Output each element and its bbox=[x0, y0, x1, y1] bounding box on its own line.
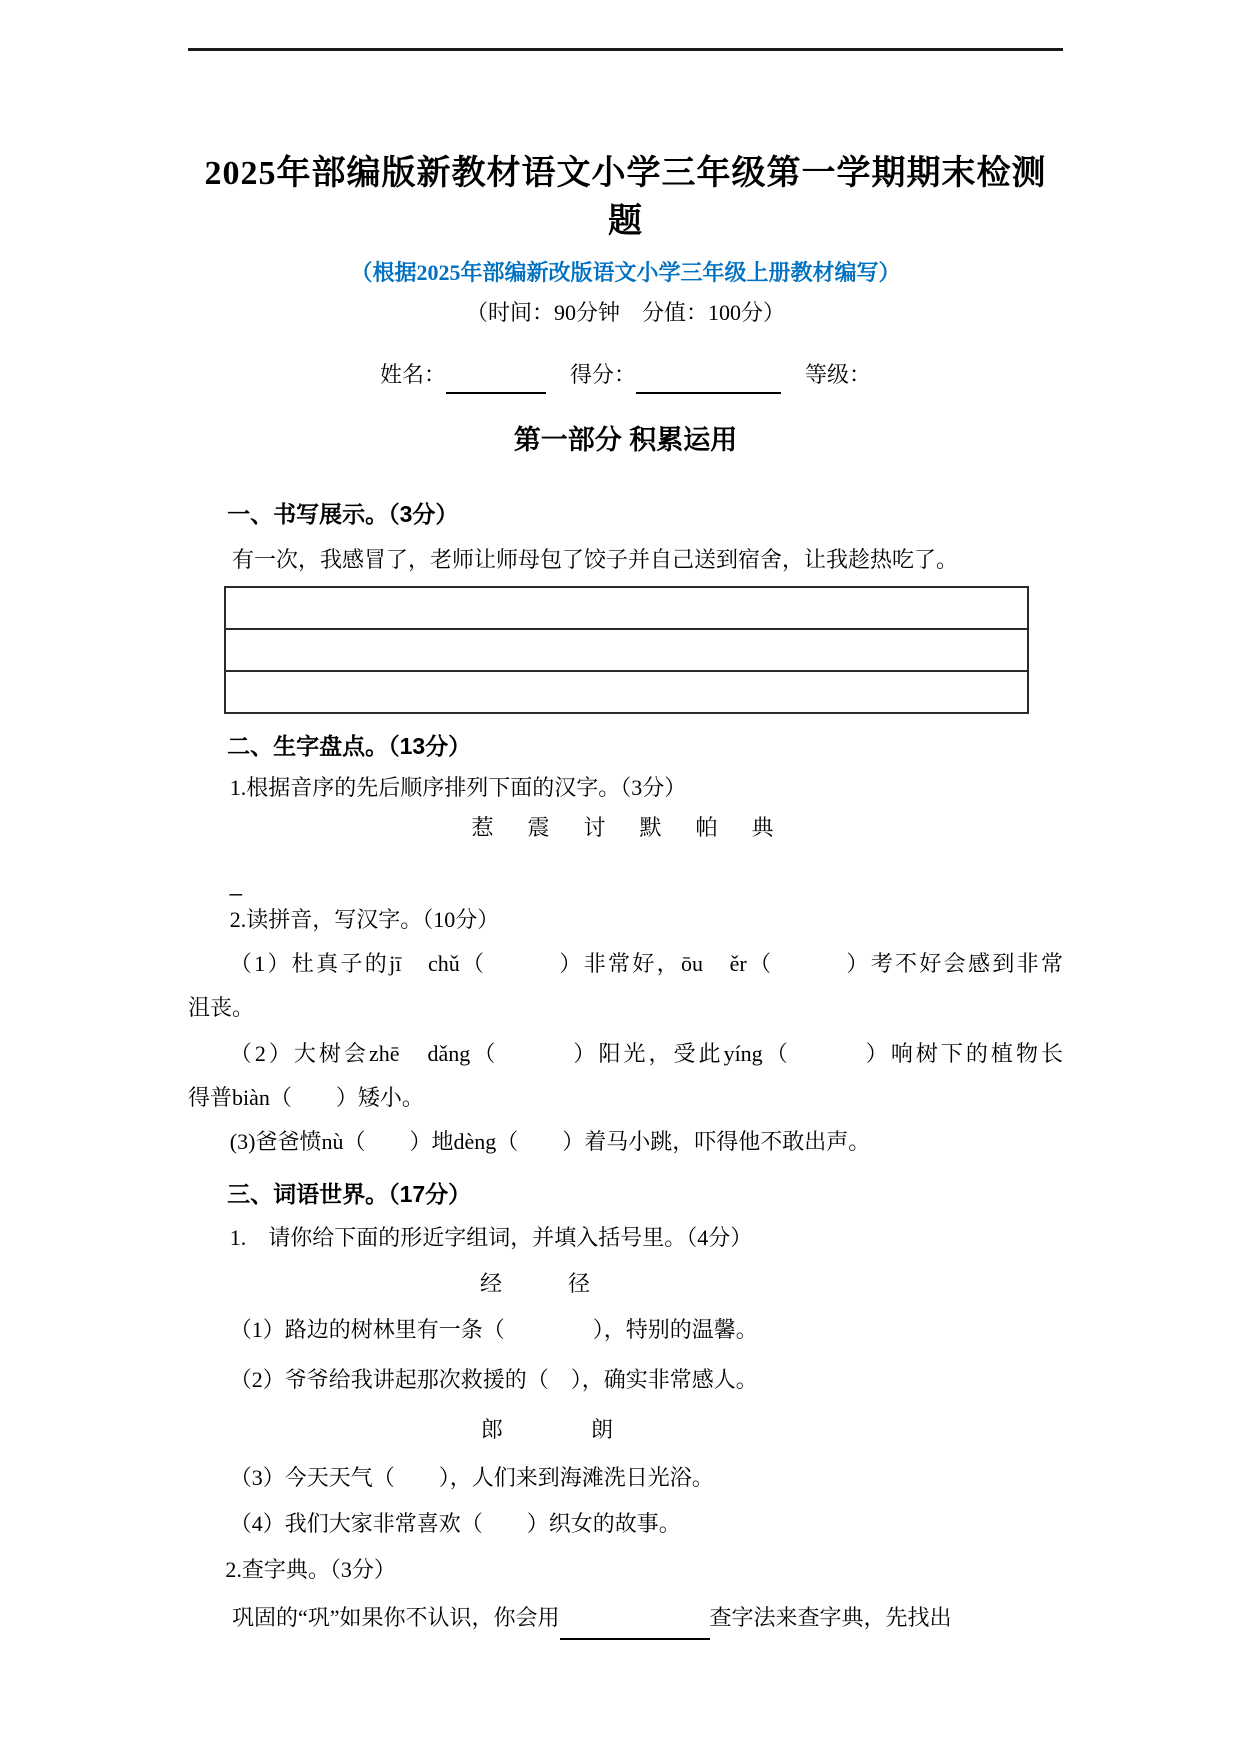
exam-page: 2025年部编版新教材语文小学三年级第一学期期末检测题 （根据2025年部编新改… bbox=[0, 0, 1241, 1754]
section3-q2: 2.查字典。（3分） bbox=[188, 1548, 1063, 1592]
dictionary-lookup-line: 巩固的“巩”如果你不认识，你会用查字法来查字典，先找出 bbox=[188, 1596, 1063, 1640]
name-label: 姓名： bbox=[380, 362, 446, 387]
name-score-row: 姓名：得分：等级： bbox=[188, 356, 1063, 394]
section3-heading: 三、词语世界。（17分） bbox=[188, 1176, 1063, 1212]
section2-q1: 1.根据音序的先后顺序排列下面的汉字。（3分） bbox=[188, 770, 1063, 806]
part1-title: 第一部分 积累运用 bbox=[188, 420, 1063, 460]
lookup-text-after: 查字法来查字典，先找出 bbox=[710, 1605, 952, 1630]
hanzi-order-list: 惹 震 讨 默 帕 典 bbox=[188, 810, 1063, 846]
word-item-4: （4）我们大家非常喜欢（ ）织女的故事。 bbox=[188, 1502, 1063, 1546]
word-item-3: （3）今天天气（ ），人们来到海滩洗日光浴。 bbox=[188, 1456, 1063, 1500]
writing-row bbox=[226, 672, 1027, 712]
lookup-text-before: 巩固的“巩”如果你不认识，你会用 bbox=[232, 1605, 560, 1630]
dictation-sentence: 有一次，我感冒了，老师让师母包了饺子并自己送到宿舍，让我趁热吃了。 bbox=[188, 542, 1063, 578]
word-item-1: （1）路边的树林里有一条（ ），特别的温馨。 bbox=[188, 1308, 1063, 1352]
page-title: 2025年部编版新教材语文小学三年级第一学期期末检测题 bbox=[188, 150, 1063, 246]
answer-dash: _ bbox=[188, 866, 1063, 902]
score-blank bbox=[636, 368, 781, 394]
name-blank bbox=[446, 368, 546, 394]
grade-label: 等级： bbox=[805, 362, 871, 387]
exam-meta: （时间：90分钟 分值：100分） bbox=[188, 296, 1063, 330]
pinyin-item-2-line-2: 得普biàn（ ）矮小。 bbox=[188, 1076, 1063, 1120]
pinyin-item-3: (3)爸爸愤nù（ ）地dèng（ ）着马小跳，吓得他不敢出声。 bbox=[188, 1120, 1063, 1164]
char-pair-lang: 郎 朗 bbox=[188, 1408, 1063, 1452]
char-pair-jing: 经 径 bbox=[188, 1262, 1063, 1306]
pinyin-item-2-line-1: （2）大树会zhē dǎng（ ）阳光，受此yíng（ ）响树下的植物长 bbox=[188, 1032, 1063, 1076]
section2-heading: 二、生字盘点。（13分） bbox=[188, 728, 1063, 764]
writing-row bbox=[226, 588, 1027, 630]
section2-q2: 2.读拼音，写汉字。（10分） bbox=[188, 902, 1063, 938]
section1-heading: 一、书写展示。（3分） bbox=[188, 496, 1063, 532]
word-item-2: （2）爷爷给我讲起那次救援的（ ），确实非常感人。 bbox=[188, 1358, 1063, 1402]
pinyin-item-1-line-2: 沮丧。 bbox=[188, 986, 1063, 1030]
writing-grid bbox=[224, 586, 1029, 714]
pinyin-item-1-line-1: （1）杜真子的jī chǔ（ ）非常好，ōu ěr（ ）考不好会感到非常 bbox=[188, 942, 1063, 986]
lookup-blank bbox=[560, 1614, 710, 1640]
writing-row bbox=[226, 630, 1027, 672]
page-content: 2025年部编版新教材语文小学三年级第一学期期末检测题 （根据2025年部编新改… bbox=[188, 0, 1063, 1640]
section3-q1: 1. 请你给下面的形近字组词，并填入括号里。（4分） bbox=[188, 1216, 1063, 1260]
score-label: 得分： bbox=[570, 362, 636, 387]
subtitle: （根据2025年部编新改版语文小学三年级上册教材编写） bbox=[188, 256, 1063, 290]
